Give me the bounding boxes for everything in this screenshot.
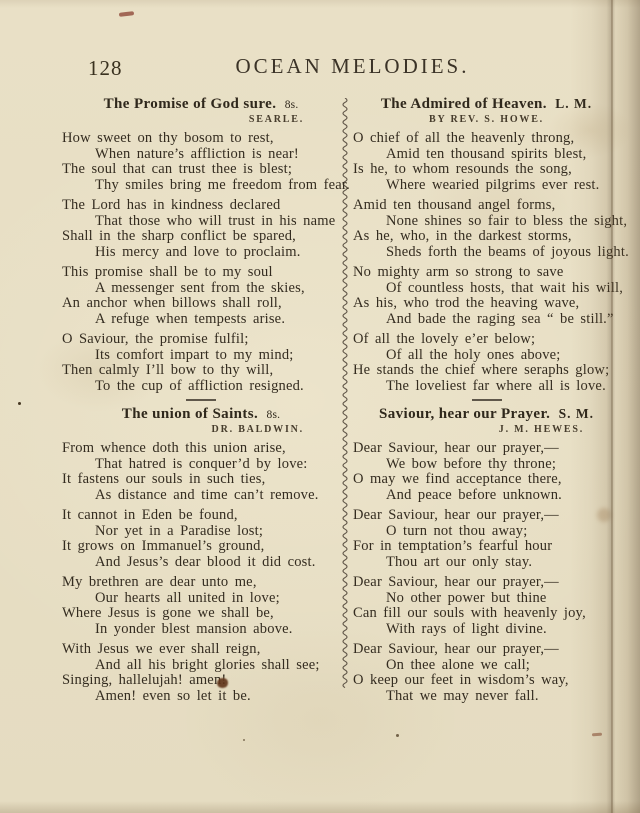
verse-line: For in temptation’s fearful hour <box>353 539 620 555</box>
verse-line: Amid ten thousand angel forms, <box>353 198 620 214</box>
verse-line: And all his bright glories shall see; <box>62 658 340 674</box>
verse-line: From whence doth this union arise, <box>62 441 340 457</box>
stanza: It cannot in Eden be found,Nor yet in a … <box>62 508 340 570</box>
verse-line: An anchor when billows shall roll, <box>62 296 340 312</box>
hymn-title-text: Saviour, hear our Prayer. <box>379 406 550 422</box>
paper-mark <box>119 11 134 17</box>
verse-line: That we may never fall. <box>353 689 620 705</box>
stanza: Of all the lovely e’er below;Of all the … <box>353 332 620 394</box>
hymn-author: DR. BALDWIN. <box>62 424 340 435</box>
verse-line: Dear Saviour, hear our prayer,— <box>353 508 620 524</box>
verse-line: O may we find acceptance there, <box>353 472 620 488</box>
verse-line: The soul that can trust thee is blest; <box>62 162 340 178</box>
verse-line: Its comfort impart to my mind; <box>62 348 340 364</box>
verse-line: When nature’s affliction is near! <box>62 147 340 163</box>
verse-line: With rays of light divine. <box>353 622 620 638</box>
hymn-section-saviour-hear-our-prayer: Saviour, hear our Prayer. S. M. J. M. HE… <box>353 406 620 704</box>
verse-line: Then calmly I’ll bow to thy will, <box>62 363 340 379</box>
stanza: With Jesus we ever shall reign,And all h… <box>62 642 340 704</box>
paper-speck <box>18 402 21 405</box>
verse-line: The Lord has in kindness declared <box>62 198 340 214</box>
verse-line: And peace before unknown. <box>353 488 620 504</box>
verse-line: Of countless hosts, that wait his will, <box>353 281 620 297</box>
verse-line: In yonder blest mansion above. <box>62 622 340 638</box>
book-page-scan: 128 OCEAN MELODIES. The Promise of God s… <box>0 0 640 813</box>
stanza: My brethren are dear unto me,Our hearts … <box>62 575 340 637</box>
verse-line: It cannot in Eden be found, <box>62 508 340 524</box>
hymn-stanzas: O chief of all the heavenly throng,Amid … <box>353 131 620 394</box>
hymn-title-text: The Promise of God sure. <box>104 96 277 112</box>
hymn-section-admired-of-heaven: The Admired of Heaven. L. M. BY REV. S. … <box>353 96 620 394</box>
verse-line: A messenger sent from the skies, <box>62 281 340 297</box>
verse-line: Where wearied pilgrims ever rest. <box>353 178 620 194</box>
hymn-meter: S. M. <box>559 406 594 421</box>
verse-line: Thy smiles bring me freedom from fear. <box>62 178 340 194</box>
verse-line: My brethren are dear unto me, <box>62 575 340 591</box>
verse-line: As he, who, in the darkest storms, <box>353 229 620 245</box>
verse-line: Dear Saviour, hear our prayer,— <box>353 441 620 457</box>
verse-line: Our hearts all united in love; <box>62 591 340 607</box>
paper-mark <box>592 733 602 737</box>
stanza: O Saviour, the promise fulfil;Its comfor… <box>62 332 340 394</box>
stanza: Dear Saviour, hear our prayer,—No other … <box>353 575 620 637</box>
verse-line: To the cup of affliction resigned. <box>62 379 340 395</box>
verse-line: Where Jesus is gone we shall be, <box>62 606 340 622</box>
verse-line: Amid ten thousand spirits blest, <box>353 147 620 163</box>
verse-line: Can fill our souls with heavenly joy, <box>353 606 620 622</box>
verse-line: His mercy and love to proclaim. <box>62 245 340 261</box>
hymn-author: SEARLE. <box>62 114 340 125</box>
hymn-title: Saviour, hear our Prayer. S. M. <box>353 406 620 423</box>
stanza: This promise shall be to my soulA messen… <box>62 265 340 327</box>
verse-line: We bow before thy throne; <box>353 457 620 473</box>
verse-line: That hatred is conquer’d by love: <box>62 457 340 473</box>
verse-line: Sheds forth the beams of joyous light. <box>353 245 620 261</box>
verse-line: It fastens our souls in such ties, <box>62 472 340 488</box>
hymn-meter: 8s. <box>267 409 281 421</box>
verse-line: Shall in the sharp conflict be spared, <box>62 229 340 245</box>
hymn-meter: L. M. <box>555 96 592 111</box>
stanza: How sweet on thy bosom to rest,When natu… <box>62 131 340 193</box>
stanza: No mighty arm so strong to saveOf countl… <box>353 265 620 327</box>
stanza: Dear Saviour, hear our prayer,—We bow be… <box>353 441 620 503</box>
verse-line: O chief of all the heavenly throng, <box>353 131 620 147</box>
hymn-title: The union of Saints. 8s. <box>62 406 340 423</box>
verse-line: It grows on Immanuel’s ground, <box>62 539 340 555</box>
section-divider-rule <box>186 399 216 401</box>
verse-line: Thou art our only stay. <box>353 555 620 571</box>
verse-line: And Jesus’s dear blood it did cost. <box>62 555 340 571</box>
paper-speck <box>396 734 399 737</box>
verse-line: O turn not thou away; <box>353 524 620 540</box>
verse-line: Dear Saviour, hear our prayer,— <box>353 575 620 591</box>
verse-line: The loveliest far where all is love. <box>353 379 620 395</box>
hymn-meter: 8s. <box>285 99 299 111</box>
hymn-stanzas: Dear Saviour, hear our prayer,—We bow be… <box>353 441 620 704</box>
verse-line: No other power but thine <box>353 591 620 607</box>
verse-line: How sweet on thy bosom to rest, <box>62 131 340 147</box>
verse-line: O Saviour, the promise fulfil; <box>62 332 340 348</box>
hymn-title: The Promise of God sure. 8s. <box>62 96 340 113</box>
stanza: The Lord has in kindness declaredThat th… <box>62 198 340 260</box>
verse-line: As distance and time can’t remove. <box>62 488 340 504</box>
hymn-title: The Admired of Heaven. L. M. <box>353 96 620 113</box>
verse-line: A refuge when tempests arise. <box>62 312 340 328</box>
verse-line: Singing, hallelujah! amen! <box>62 673 340 689</box>
stanza: From whence doth this union arise,That h… <box>62 441 340 503</box>
hymn-stanzas: How sweet on thy bosom to rest,When natu… <box>62 131 340 394</box>
verse-line: Of all the lovely e’er below; <box>353 332 620 348</box>
stanza: O chief of all the heavenly throng,Amid … <box>353 131 620 193</box>
left-column: The Promise of God sure. 8s. SEARLE. How… <box>62 96 340 709</box>
verse-line: As his, who trod the heaving wave, <box>353 296 620 312</box>
page-bottom-shadow <box>0 801 640 813</box>
verse-line: Dear Saviour, hear our prayer,— <box>353 642 620 658</box>
section-divider-rule <box>472 399 502 401</box>
hymn-stanzas: From whence doth this union arise,That h… <box>62 441 340 704</box>
verse-line: Amen! even so let it be. <box>62 689 340 705</box>
verse-line: No mighty arm so strong to save <box>353 265 620 281</box>
verse-line: None shines so fair to bless the sight, <box>353 214 620 230</box>
verse-line: Of all the holy ones above; <box>353 348 620 364</box>
running-header-title: OCEAN MELODIES. <box>185 54 520 79</box>
hymn-author: BY REV. S. HOWE. <box>353 114 620 125</box>
hymn-author: J. M. HEWES. <box>353 424 620 435</box>
right-column: The Admired of Heaven. L. M. BY REV. S. … <box>353 96 620 709</box>
verse-line: On thee alone we call; <box>353 658 620 674</box>
hymn-section-promise-of-god: The Promise of God sure. 8s. SEARLE. How… <box>62 96 340 394</box>
verse-line: And bade the raging sea “ be still.” <box>353 312 620 328</box>
verse-line: This promise shall be to my soul <box>62 265 340 281</box>
verse-line: With Jesus we ever shall reign, <box>62 642 340 658</box>
hymn-title-text: The union of Saints. <box>122 406 258 422</box>
hymn-section-union-of-saints: The union of Saints. 8s. DR. BALDWIN. Fr… <box>62 406 340 704</box>
verse-line: Nor yet in a Paradise lost; <box>62 524 340 540</box>
stanza: Dear Saviour, hear our prayer,—On thee a… <box>353 642 620 704</box>
stanza: Dear Saviour, hear our prayer,—O turn no… <box>353 508 620 570</box>
page-top-shadow <box>0 0 640 8</box>
page-number: 128 <box>88 56 123 81</box>
stanza: Amid ten thousand angel forms,None shine… <box>353 198 620 260</box>
verse-line: That those who will trust in his name <box>62 214 340 230</box>
paper-speck <box>243 739 245 741</box>
verse-line: He stands the chief where seraphs glow; <box>353 363 620 379</box>
verse-line: O keep our feet in wisdom’s way, <box>353 673 620 689</box>
hymn-title-text: The Admired of Heaven. <box>381 96 547 112</box>
verse-line: Is he, to whom resounds the song, <box>353 162 620 178</box>
